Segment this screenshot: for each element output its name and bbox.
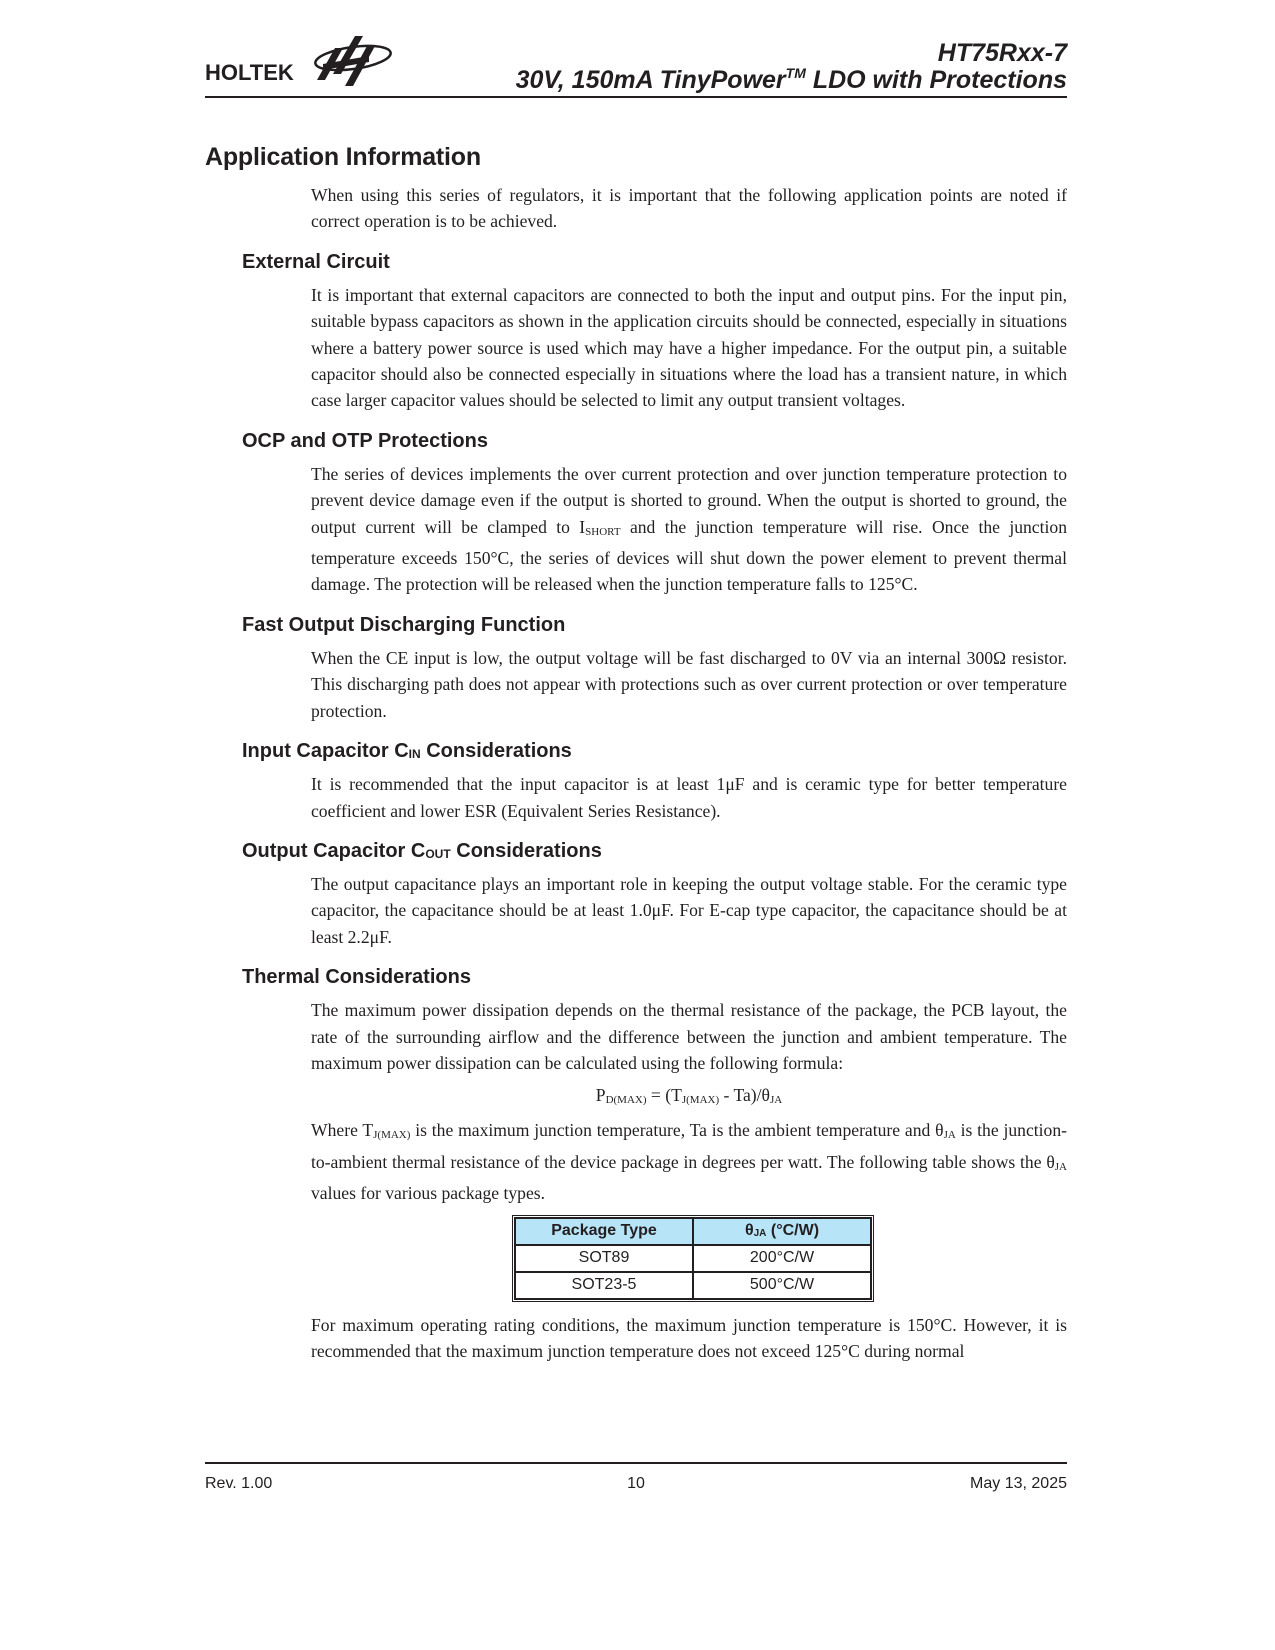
page-title: Application Information — [205, 143, 1067, 172]
intro-paragraph: When using this series of regulators, it… — [311, 182, 1067, 235]
table-row: SOT23-5 500°C/W — [515, 1272, 871, 1299]
page-number: 10 — [205, 1475, 1067, 1493]
page-footer: Rev. 1.00 10 May 13, 2025 — [205, 1462, 1067, 1464]
package-cell: SOT23-5 — [515, 1272, 693, 1299]
input-capacitor-paragraph: It is recommended that the input capacit… — [311, 771, 1067, 824]
table-header-row: Package Type θJA (°C/W) — [515, 1218, 871, 1245]
fast-discharge-paragraph: When the CE input is low, the output vol… — [311, 645, 1067, 724]
document-title: HT75Rxx-7 30V, 150mA TinyPowerTM LDO wit… — [516, 40, 1067, 94]
power-dissipation-formula: PD(MAX) = (TJ(MAX) - Ta)/θJA — [311, 1082, 1067, 1113]
table-row: SOT89 200°C/W — [515, 1245, 871, 1272]
document-subtitle: 30V, 150mA TinyPowerTM LDO with Protecti… — [516, 67, 1067, 94]
column-header-package-type: Package Type — [515, 1218, 693, 1245]
holtek-logo: HOLTEK — [205, 28, 395, 90]
thermal-paragraph-1: The maximum power dissipation depends on… — [311, 997, 1067, 1076]
thermal-paragraph-2: Where TJ(MAX) is the maximum junction te… — [311, 1117, 1067, 1206]
output-capacitor-paragraph: The output capacitance plays an importan… — [311, 871, 1067, 950]
thermal-paragraph-3: For maximum operating rating conditions,… — [311, 1312, 1067, 1365]
ocp-otp-paragraph: The series of devices implements the ove… — [311, 461, 1067, 598]
section-heading-fast-discharge: Fast Output Discharging Function — [242, 614, 1067, 637]
section-heading-ocp-otp: OCP and OTP Protections — [242, 430, 1067, 453]
page-header: HOLTEK HT75Rxx-7 30V, 150mA TinyPowerTM … — [205, 26, 1067, 98]
section-heading-output-capacitor: Output Capacitor COUT Considerations — [242, 840, 1067, 863]
section-heading-thermal: Thermal Considerations — [242, 966, 1067, 989]
page-content: Application Information When using this … — [205, 143, 1067, 1364]
part-number: HT75Rxx-7 — [516, 40, 1067, 67]
external-circuit-paragraph: It is important that external capacitors… — [311, 282, 1067, 414]
section-heading-input-capacitor: Input Capacitor CIN Considerations — [242, 740, 1067, 763]
column-header-theta-ja: θJA (°C/W) — [693, 1218, 871, 1245]
section-heading-external-circuit: External Circuit — [242, 251, 1067, 274]
thermal-resistance-table: Package Type θJA (°C/W) SOT89 200°C/W SO… — [512, 1215, 874, 1302]
package-cell: SOT89 — [515, 1245, 693, 1272]
svg-text:HOLTEK: HOLTEK — [205, 60, 294, 85]
theta-cell: 500°C/W — [693, 1272, 871, 1299]
theta-cell: 200°C/W — [693, 1245, 871, 1272]
publication-date: May 13, 2025 — [970, 1475, 1067, 1493]
